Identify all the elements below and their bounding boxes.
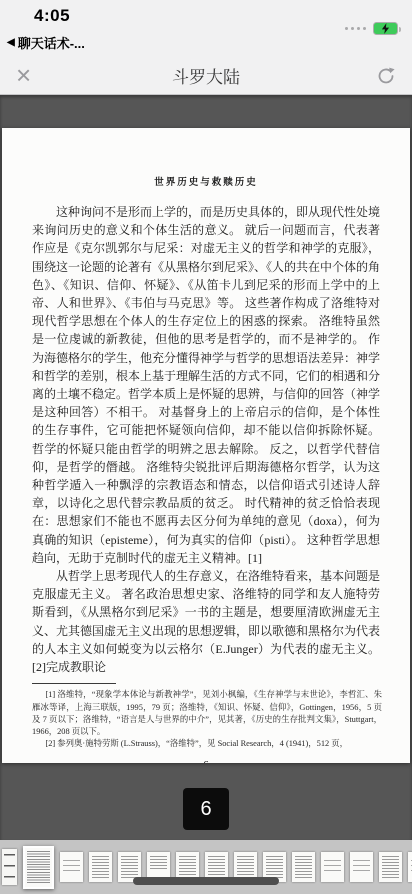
- navbar: × 斗罗大陆: [0, 57, 412, 95]
- paragraph: 这种询问不是形而上学的，而是历史具体的，即从现代性处境来询问历史的意义和个体生活…: [32, 203, 380, 567]
- body-text: 这种询问不是形而上学的，而是历史具体的，即从现代性处境来询问历史的意义和个体生活…: [32, 203, 380, 676]
- back-to-previous-app[interactable]: ◀ 聊天话术-...: [7, 33, 85, 52]
- clock: 4:05: [34, 6, 70, 26]
- document-viewer[interactable]: 世界历史与救赎历史 这种询问不是形而上学的，而是历史具体的，即从现代性处境来询问…: [0, 95, 412, 840]
- document-page[interactable]: 世界历史与救赎历史 这种询问不是形而上学的，而是历史具体的，即从现代性处境来询问…: [2, 128, 410, 763]
- footnote-divider: [32, 683, 116, 684]
- running-header: 世界历史与救赎历史: [2, 174, 410, 188]
- close-icon[interactable]: ×: [16, 57, 31, 95]
- status-bar: 4:05 ◀ 聊天话术-...: [0, 0, 412, 57]
- cellular-signal-icon: [345, 27, 366, 30]
- footnote: [1] 洛维特，“现象学本体论与新教神学”，见刘小枫编，《生存神学与末世论》，李…: [32, 689, 382, 738]
- screen: 4:05 ◀ 聊天话术-... × 斗罗大陆 世界历史与救赎历史 这种询问不是形: [0, 0, 412, 894]
- page-thumbnail[interactable]: [321, 852, 344, 882]
- thumbnail-scrollbar[interactable]: [133, 877, 279, 885]
- page-thumbnail[interactable]: [60, 852, 83, 882]
- current-page-badge: 6: [183, 788, 229, 830]
- thumbnail-row: [2, 840, 412, 894]
- status-indicators: [345, 22, 398, 35]
- page-thumbnail[interactable]: [2, 849, 17, 885]
- footnote: [2] 参列奥·施特劳斯 (L.Strauss)，“洛维特”，见 Social …: [32, 738, 382, 750]
- page-thumbnail[interactable]: [408, 852, 412, 882]
- page-thumbnail[interactable]: [292, 852, 315, 882]
- page-title: 斗罗大陆: [0, 63, 412, 88]
- printed-page-number: 6: [2, 759, 410, 763]
- refresh-icon[interactable]: [376, 66, 396, 86]
- back-triangle-icon: ◀: [7, 36, 15, 49]
- page-thumbnail-current[interactable]: [23, 846, 54, 889]
- page-thumbnail-strip[interactable]: [0, 840, 412, 894]
- lightning-bolt-icon: [381, 23, 390, 34]
- page-thumbnail[interactable]: [379, 852, 402, 882]
- back-app-label: 聊天话术-...: [18, 33, 85, 52]
- page-thumbnail[interactable]: [89, 852, 112, 882]
- page-thumbnail[interactable]: [350, 852, 373, 882]
- footnote-block: [1] 洛维特，“现象学本体论与新教神学”，见刘小枫编，《生存神学与末世论》，李…: [32, 683, 382, 750]
- paragraph: 从哲学上思考现代人的生存意义，在洛维特看来，基本问题是克服虚无主义。 著名政治思…: [32, 567, 380, 676]
- battery-charging-icon: [373, 22, 398, 35]
